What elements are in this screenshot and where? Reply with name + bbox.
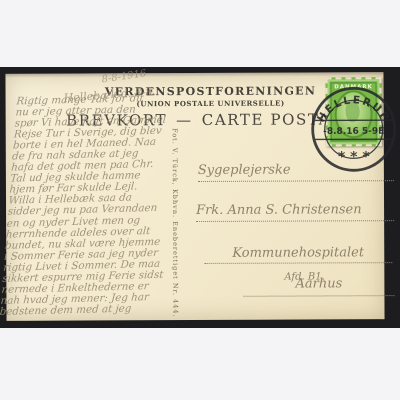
handwritten-date: 8-8-1916 [101, 68, 147, 85]
postmark-cancel: HELLERUP -8.8.16 5-9E * * * [308, 83, 400, 175]
handwritten-message: Rigtig mange Tak for dit nu er jeg atter… [0, 92, 193, 318]
address-hospital: Kommunehospitalet [204, 245, 392, 261]
handwriting-line: bedstene dem med at jeg [0, 302, 176, 318]
postmark-stars: * * * [338, 149, 370, 165]
publisher-imprint: Fot. V. Türck, Kbhvn. Eneberettiget Nr. … [171, 128, 180, 328]
address-name: Frk. Anna S. Christensen [196, 202, 394, 218]
postmark-date-text: -8.8.16 5-9E [323, 127, 384, 137]
address-hospital-row: Kommunehospitalet [204, 245, 392, 264]
postcard-photo: VERDENSPOSTFORENINGEN (UNION POSTALE UNI… [0, 67, 400, 328]
address-city-row: Aarhus [243, 276, 394, 297]
postcard-back: VERDENSPOSTFORENINGEN (UNION POSTALE UNI… [5, 72, 384, 321]
address-name-row: Frk. Anna S. Christensen [196, 202, 394, 222]
address-city: Aarhus [243, 276, 394, 292]
